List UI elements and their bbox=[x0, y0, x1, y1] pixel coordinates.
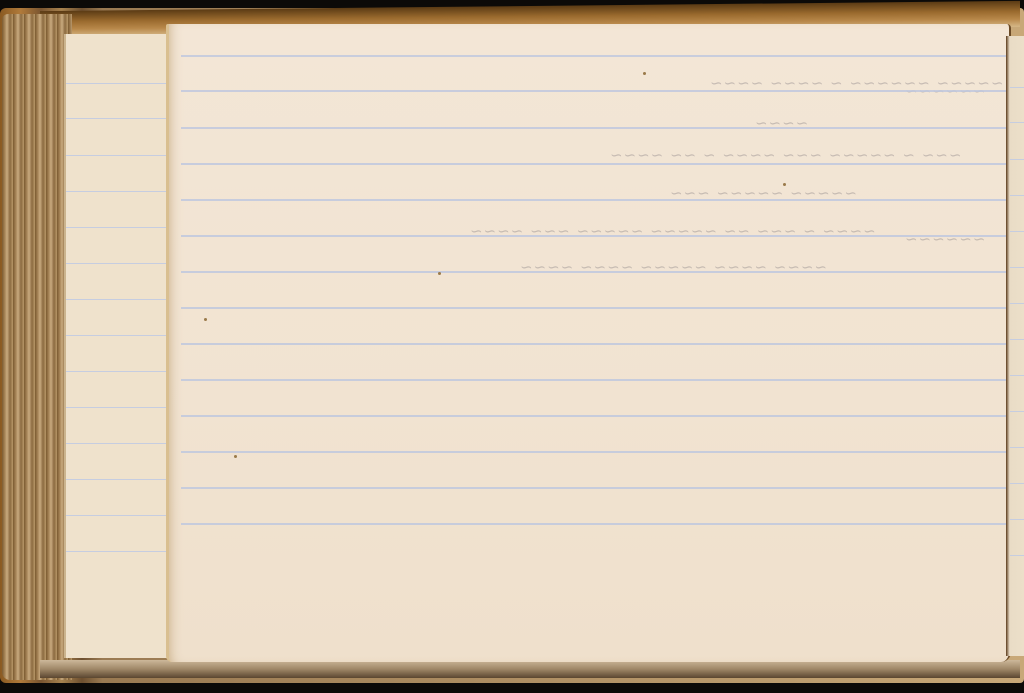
rule-line bbox=[1010, 303, 1024, 304]
rule-line bbox=[1010, 339, 1024, 340]
rule-line bbox=[181, 127, 1009, 129]
handwriting-line: ~~~ ~ ~~~~~ ~~~ ~~~~ ~ ~~ ~~~~ bbox=[609, 146, 961, 164]
rule-line bbox=[1010, 122, 1024, 123]
rule-line bbox=[181, 487, 1009, 489]
rule-line bbox=[1010, 411, 1024, 412]
rule-line bbox=[181, 235, 1009, 237]
paper-spot bbox=[783, 183, 786, 186]
page-stack-bottom-edge bbox=[40, 660, 1020, 678]
rule-line bbox=[181, 90, 1009, 92]
rule-line bbox=[181, 307, 1009, 309]
rule-line bbox=[181, 451, 1009, 453]
paper-spot bbox=[204, 318, 207, 321]
handwriting-line: ~~~~ ~ ~~~ ~~ ~~~~~ ~~~~~ ~~~ ~~~~ bbox=[469, 222, 876, 240]
rule-line bbox=[181, 199, 1009, 201]
rule-line bbox=[181, 379, 1009, 381]
rule-line bbox=[1010, 447, 1024, 448]
next-page-edge bbox=[1006, 36, 1024, 656]
rule-line bbox=[181, 163, 1009, 165]
rule-line bbox=[1010, 555, 1024, 556]
paper-spot bbox=[234, 455, 237, 458]
rule-line bbox=[1010, 195, 1024, 196]
notebook-page: ~~~ ~ ~~~~~ ~~~~~~ ~ ~~~~ ~~~~ ~~~~ ~~~ … bbox=[166, 24, 1011, 662]
handwriting-line: ~~~~ ~~~~ ~~~~~ ~~~~ ~~~~ bbox=[519, 258, 827, 276]
rule-line bbox=[1010, 375, 1024, 376]
paper-spot bbox=[643, 72, 646, 75]
rule-line bbox=[1010, 483, 1024, 484]
paper-spot bbox=[438, 272, 441, 275]
handwriting-margin-note: ~~~~~~ bbox=[904, 230, 985, 248]
rule-line bbox=[181, 523, 1009, 525]
handwriting-line: ~~~~ bbox=[754, 114, 808, 132]
rule-line bbox=[1010, 231, 1024, 232]
rule-line bbox=[181, 415, 1009, 417]
rule-line bbox=[181, 55, 1009, 57]
rule-line bbox=[1010, 87, 1024, 88]
rule-line bbox=[181, 343, 1009, 345]
rule-line bbox=[1010, 159, 1024, 160]
rule-line bbox=[181, 271, 1009, 273]
page-stack-left-edges bbox=[2, 14, 72, 680]
rule-line bbox=[1010, 267, 1024, 268]
rule-line bbox=[1010, 519, 1024, 520]
